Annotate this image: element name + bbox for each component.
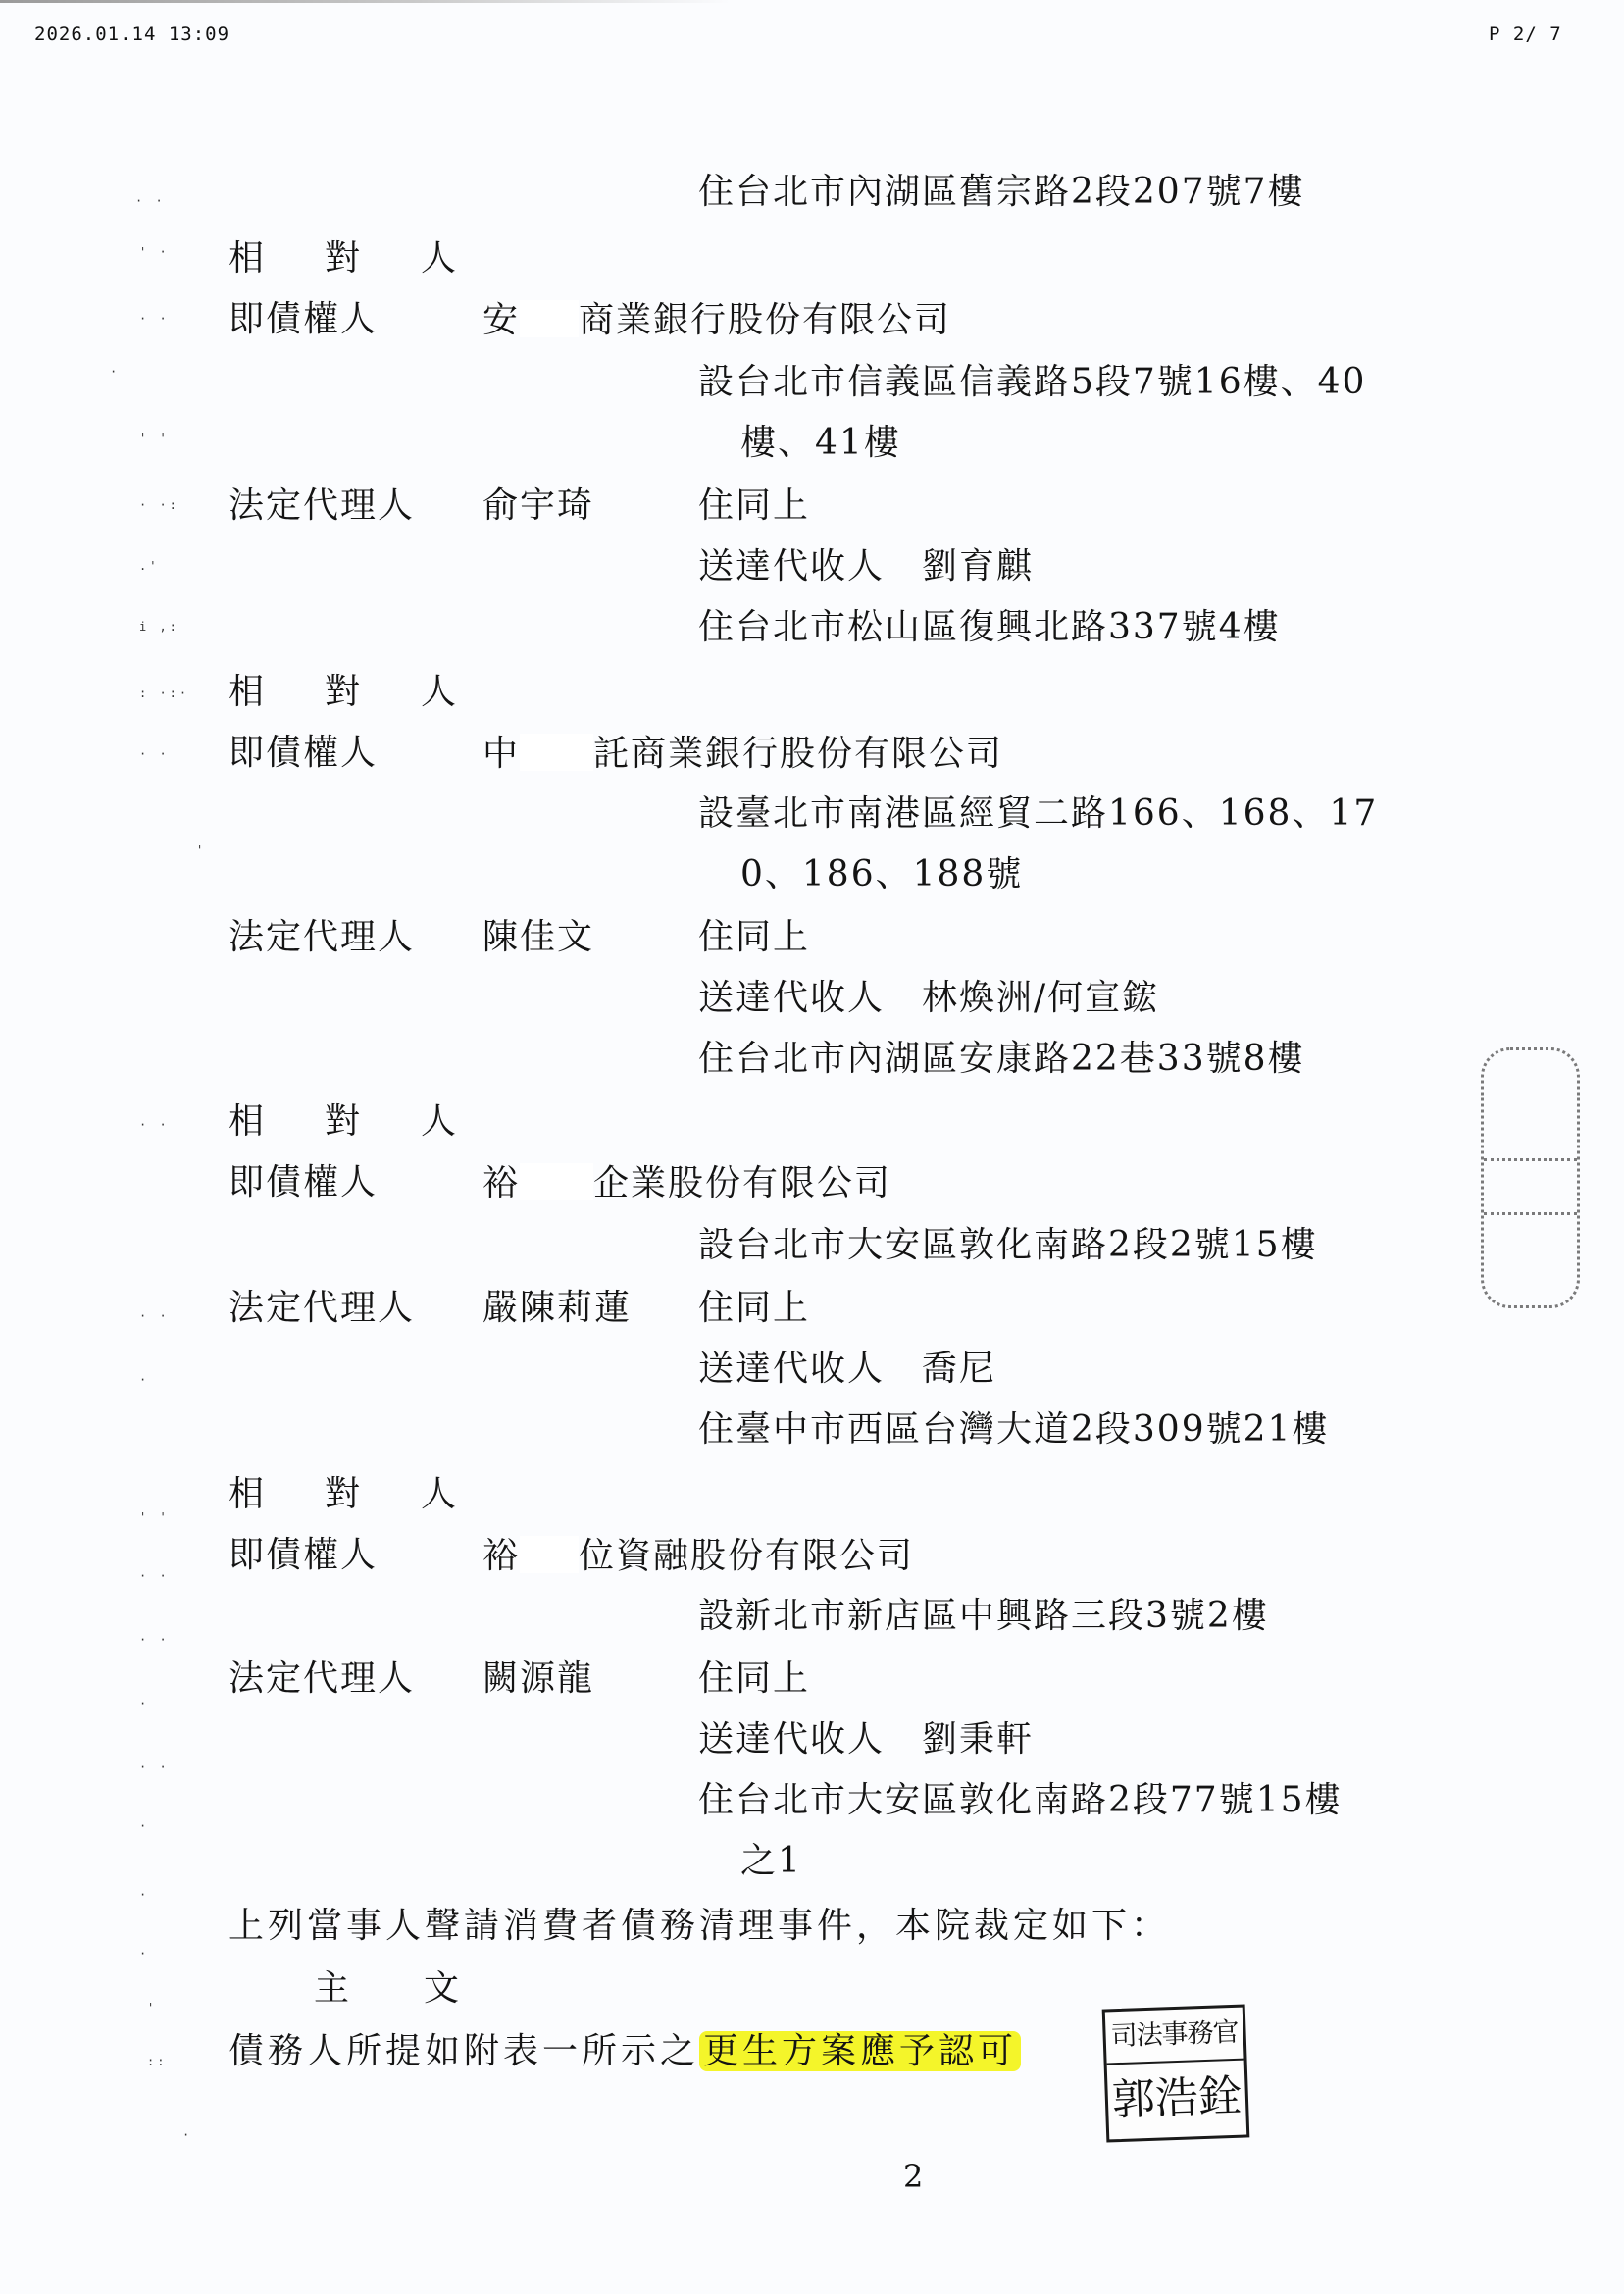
legal-rep-label: 法定代理人	[228, 1289, 415, 1328]
legal-rep-label: 法定代理人	[228, 1659, 415, 1699]
margin-marks: ' ·	[139, 245, 170, 259]
creditor-name: 裕企業股份有限公司	[482, 1163, 891, 1203]
margin-marks: · ·	[139, 1309, 170, 1323]
margin-marks: · ·	[135, 194, 166, 208]
margin-marks: · ·	[139, 1118, 170, 1132]
official-seal: 司法事務官 郭浩銓	[1102, 2004, 1250, 2142]
margin-marks: · ·	[139, 1633, 170, 1647]
service-agent-address: 住台北市大安區敦化南路2段77號15樓	[698, 1781, 1343, 1820]
seal-title: 司法事務官	[1105, 2008, 1244, 2065]
page-number: 2	[903, 2158, 923, 2195]
prior-party-address: 住台北市內湖區舊宗路2段207號7樓	[698, 173, 1305, 212]
margin-marks: ·	[139, 1819, 149, 1833]
creditor-address: 設臺北市南港區經貿二路166、168、17	[698, 794, 1378, 834]
margin-marks: '	[196, 843, 206, 857]
legal-rep-label: 法定代理人	[228, 918, 415, 957]
scan-edge	[0, 0, 1624, 3]
legal-rep-address: 住同上	[698, 918, 810, 957]
service-agent: 送達代收人 劉育麒	[698, 547, 1034, 586]
scan-punch-mark	[1481, 1047, 1580, 1308]
margin-marks: ' '	[139, 1510, 170, 1524]
main-text: 債務人所提如附表一所示之更生方案應予認可	[228, 2032, 1021, 2071]
margin-marks: · ·:	[139, 498, 179, 512]
legal-rep-address: 住同上	[698, 486, 810, 526]
legal-rep-address: 住同上	[698, 1289, 810, 1328]
redaction-block	[520, 1536, 579, 1573]
party-role-heading: 相對人	[228, 673, 517, 712]
seal-name: 郭浩銓	[1107, 2061, 1246, 2138]
margin-marks: ·	[110, 365, 120, 379]
party-role-heading: 相對人	[228, 1475, 517, 1514]
party-role-heading: 相對人	[228, 1102, 517, 1142]
creditor-name: 安商業銀行股份有限公司	[482, 300, 951, 340]
legal-rep-address: 住同上	[698, 1659, 810, 1699]
creditor-address: 設台北市大安區敦化南路2段2號15樓	[698, 1226, 1318, 1265]
highlighted-phrase: 更生方案應予認可	[699, 2031, 1021, 2071]
margin-marks: · ·	[139, 1760, 170, 1774]
creditor-label: 即債權人	[228, 1536, 378, 1575]
service-agent-address: 住台北市內湖區安康路22巷33號8樓	[698, 1040, 1305, 1079]
margin-marks: · ·	[139, 312, 170, 326]
margin-marks: : ·:·	[139, 687, 189, 700]
legal-rep-name: 闕源龍	[482, 1659, 594, 1699]
margin-marks: ·	[139, 1697, 149, 1710]
service-agent: 送達代收人 喬尼	[698, 1350, 996, 1389]
creditor-name: 中託商業銀行股份有限公司	[482, 734, 1003, 774]
creditor-label: 即債權人	[228, 300, 378, 339]
margin-marks: ·	[139, 1888, 149, 1902]
creditor-address-cont: 樓、41樓	[740, 424, 901, 463]
margin-marks: ::	[147, 2055, 167, 2068]
margin-marks: ·	[139, 1373, 149, 1387]
legal-rep-name: 俞宇琦	[482, 486, 594, 526]
fax-page-indicator: P 2/ 7	[1489, 24, 1562, 45]
creditor-address: 設新北市新店區中興路三段3號2樓	[698, 1597, 1269, 1636]
legal-rep-label: 法定代理人	[228, 486, 415, 526]
creditor-address-cont: 0、186、188號	[740, 855, 1023, 894]
margin-marks: '	[147, 2001, 157, 2014]
margin-marks: ' '	[139, 432, 170, 445]
service-agent: 送達代收人 林煥洲/何宣鋐	[698, 979, 1159, 1018]
margin-marks: · ·	[139, 747, 170, 761]
main-text-heading: 主 文	[314, 1969, 479, 2009]
service-agent-address: 住台北市松山區復興北路337號4樓	[698, 608, 1281, 647]
redaction-block	[520, 1163, 593, 1200]
margin-marks: i ,:	[139, 620, 179, 634]
redaction-block	[520, 734, 593, 771]
legal-rep-name: 陳佳文	[482, 918, 594, 957]
service-agent: 送達代收人 劉秉軒	[698, 1720, 1034, 1759]
legal-rep-name: 嚴陳莉蓮	[482, 1289, 632, 1328]
margin-marks: ·	[182, 2128, 192, 2142]
margin-marks: .'	[139, 559, 159, 573]
creditor-name: 裕位資融股份有限公司	[482, 1536, 914, 1576]
margin-marks: · ·	[139, 1569, 170, 1583]
ruling-intro: 上列當事人聲請消費者債務清理事件，本院裁定如下：	[228, 1907, 1170, 1946]
fax-timestamp: 2026.01.14 13:09	[34, 24, 229, 45]
service-agent-address: 住臺中市西區台灣大道2段309號21樓	[698, 1410, 1329, 1450]
party-role-heading: 相對人	[228, 239, 517, 279]
creditor-label: 即債權人	[228, 734, 378, 773]
creditor-label: 即債權人	[228, 1163, 378, 1202]
margin-marks: ·	[139, 1947, 149, 1961]
redaction-block	[520, 300, 579, 337]
service-agent-address-cont: 之1	[740, 1842, 802, 1881]
creditor-address: 設台北市信義區信義路5段7號16樓、40	[698, 363, 1366, 402]
